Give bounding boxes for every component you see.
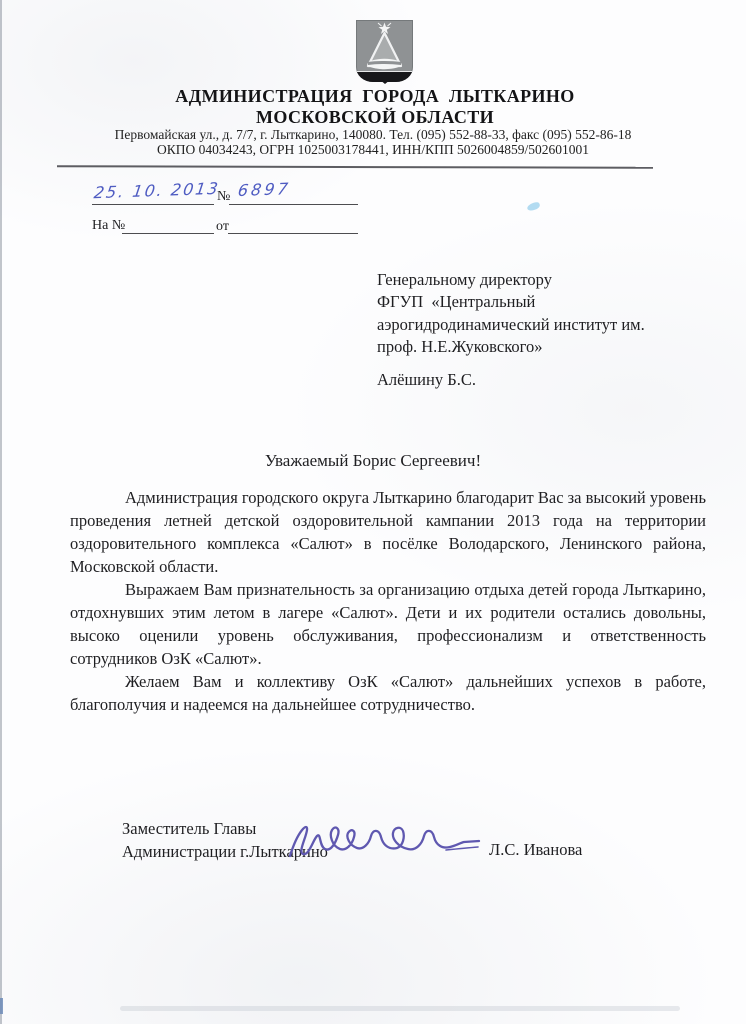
reply-date-underline bbox=[228, 233, 358, 234]
lytkarino-coat-of-arms-icon bbox=[356, 20, 413, 82]
signer-name: Л.С. Иванова bbox=[489, 840, 582, 860]
body-paragraph: Выражаем Вам признательность за организа… bbox=[70, 578, 706, 670]
scanned-letter-page: АДМИНИСТРАЦИЯ ГОРОДА ЛЫТКАРИНО МОСКОВСКО… bbox=[0, 0, 746, 1024]
ink-smudge bbox=[526, 201, 541, 212]
recipient-line: ФГУП «Центральный bbox=[377, 291, 712, 313]
letter-body: Администрация городского округа Лыткарин… bbox=[70, 486, 706, 716]
body-paragraph: Желаем Вам и коллективу ОзК «Салют» даль… bbox=[70, 670, 706, 716]
org-name-line1: АДМИНИСТРАЦИЯ ГОРОДА ЛЫТКАРИНО bbox=[30, 86, 720, 107]
org-address-contacts: Первомайская ул., д. 7/7, г. Лыткарино, … bbox=[23, 127, 723, 143]
number-sign-label: № bbox=[217, 189, 230, 205]
letterhead-divider bbox=[57, 165, 653, 169]
reply-number-underline bbox=[122, 233, 214, 234]
recipient-name: Алёшину Б.С. bbox=[377, 369, 712, 391]
org-name-line2: МОСКОВСКОЙ ОБЛАСТИ bbox=[30, 107, 720, 128]
scan-edge-blue-artifact bbox=[0, 998, 3, 1014]
body-paragraph: Администрация городского округа Лыткарин… bbox=[70, 486, 706, 578]
reply-to-number-label: На № bbox=[92, 218, 125, 234]
salutation: Уважаемый Борис Сергеевич! bbox=[0, 451, 746, 471]
scan-edge-artifact bbox=[0, 0, 2, 1024]
number-underline bbox=[229, 204, 358, 205]
recipient-line: Генеральному директору bbox=[377, 269, 712, 291]
recipient-line: проф. Н.Е.Жуковского» bbox=[377, 336, 712, 358]
date-underline bbox=[92, 204, 214, 205]
recipient-block: Генеральному директору ФГУП «Центральный… bbox=[377, 269, 712, 391]
scan-smudge bbox=[120, 1006, 680, 1011]
handwritten-date: 25. 10. 2013 bbox=[93, 179, 221, 202]
handwritten-outgoing-number: 6897 bbox=[237, 179, 292, 200]
recipient-line: аэрогидродинамический институт им. bbox=[377, 314, 712, 336]
reply-from-label: от bbox=[216, 219, 229, 235]
handwritten-signature-icon bbox=[286, 816, 484, 864]
org-registration-codes: ОКПО 04034243, ОГРН 1025003178441, ИНН/К… bbox=[23, 142, 723, 158]
